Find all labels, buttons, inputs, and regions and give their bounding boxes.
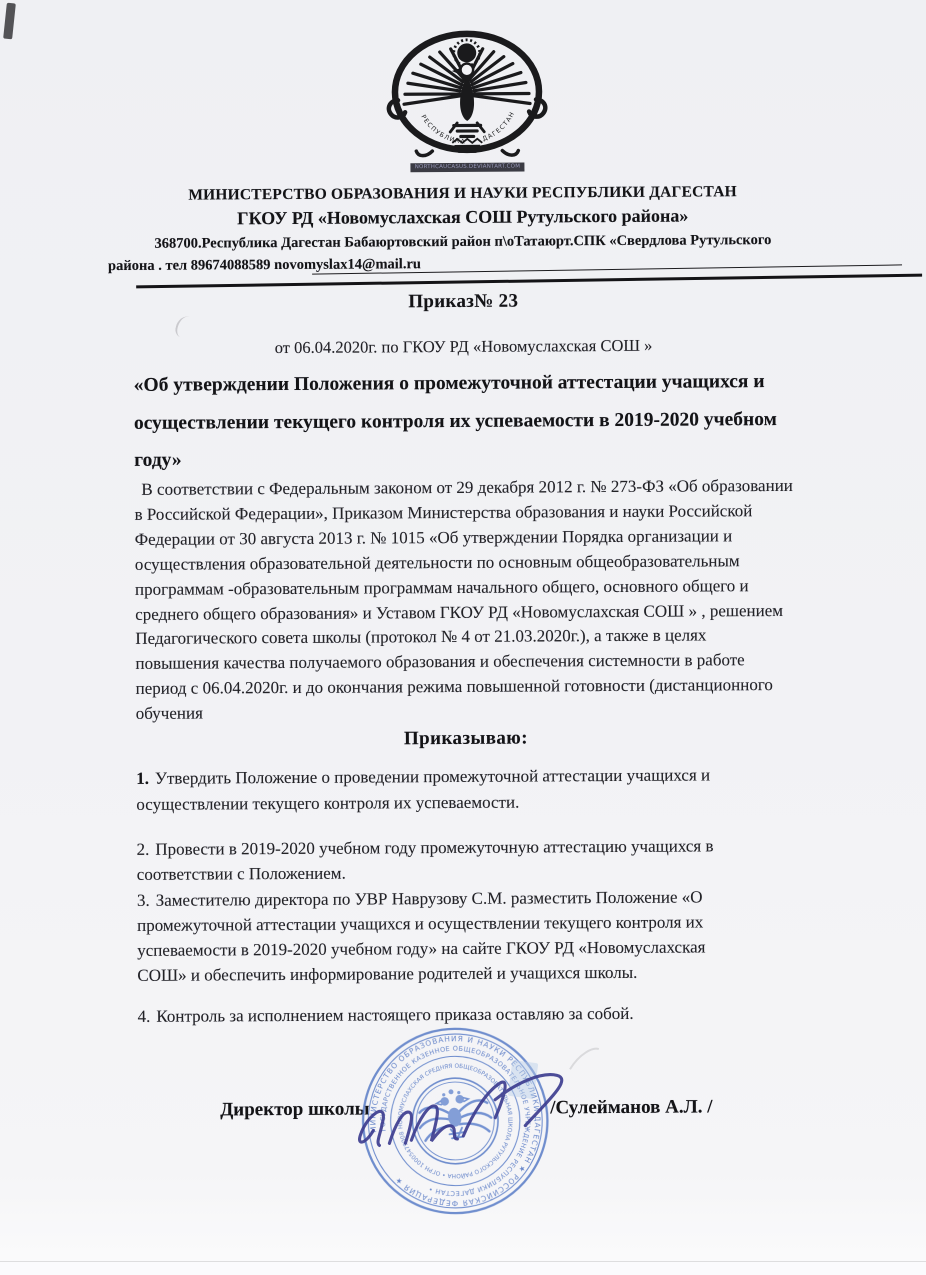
page-bottom-edge	[0, 1261, 926, 1275]
order-number: Приказ№ 23	[0, 288, 926, 316]
order-item-1: 1.Утвердить Положение о проведении проме…	[136, 761, 896, 818]
order-item-2: 2.Провести в 2019-2020 учебном году пром…	[137, 832, 897, 887]
order-item-line: соответствии с Положением.	[137, 857, 897, 887]
order-item-3: 3.Заместителю директора по УВР Наврузову…	[137, 883, 898, 988]
item-text: Заместителю директора по УВР Наврузову С…	[156, 887, 703, 909]
order-title-line: осуществлении текущего контроля их успев…	[134, 400, 894, 442]
dagestan-coat-of-arms: РЕСПУБЛИКА ДАГЕСТАН NORTHCAUCASUS.DEVIAN…	[372, 23, 563, 174]
order-title-line: «Об утверждении Положения о промежуточно…	[134, 362, 894, 404]
director-signature	[345, 1039, 626, 1161]
order-item-line: СОШ» и обеспечить информирование родител…	[137, 958, 897, 988]
preamble-line: В соответствии с Федеральным законом от …	[134, 473, 902, 503]
header-rule-thick	[136, 274, 922, 289]
order-title: «Об утверждении Положения о промежуточно…	[134, 362, 895, 479]
document-content: РЕСПУБЛИКА ДАГЕСТАН NORTHCAUCASUS.DEVIAN…	[0, 0, 926, 1275]
item-marker: 3.	[137, 891, 150, 910]
item-text: Провести в 2019-2020 учебном году промеж…	[155, 836, 713, 858]
order-preamble: В соответствии с Федеральным законом от …	[134, 473, 904, 727]
dagestan-eagle-icon: РЕСПУБЛИКА ДАГЕСТАН	[372, 23, 563, 160]
school-header-line: ГКОУ РД «Новомуслахская СОШ Рутульского …	[0, 204, 926, 231]
decree-heading: Приказываю:	[3, 725, 926, 753]
item-marker: 4.	[138, 1007, 151, 1026]
pencil-mark	[570, 1049, 599, 1070]
order-item-line: осуществлении текущего контроля их успев…	[136, 787, 896, 818]
address-line-1: 368700.Республика Дагестан Бабаюртовский…	[0, 231, 926, 254]
preamble-line: обучения	[136, 697, 904, 727]
item-text: Контроль за исполнением настоящего прика…	[156, 1004, 633, 1026]
order-date-line: от 06.04.2020г. по ГКОУ РД «Новомуслахск…	[0, 334, 926, 360]
item-marker: 1.	[136, 769, 149, 788]
scanned-order-document: РЕСПУБЛИКА ДАГЕСТАН NORTHCAUCASUS.DEVIAN…	[0, 0, 926, 1275]
ministry-header-line: МИНИСТЕРСТВО ОБРАЗОВАНИЯ И НАУКИ РЕСПУБЛ…	[0, 182, 926, 206]
emblem-watermark: NORTHCAUCASUS.DEVIANTART.COM	[410, 163, 524, 173]
item-marker: 2.	[137, 840, 150, 859]
item-text: Утвердить Положение о проведении промежу…	[155, 765, 710, 787]
